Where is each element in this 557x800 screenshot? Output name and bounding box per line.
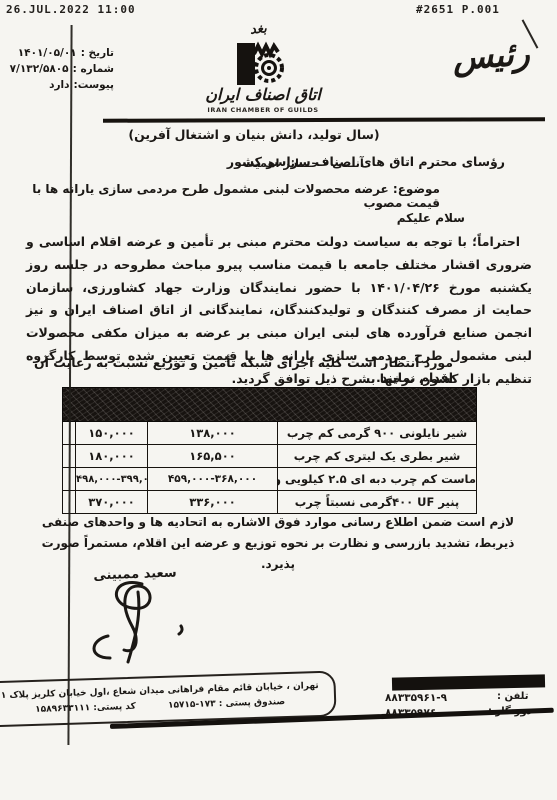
chamber-of-guilds-logo <box>236 40 290 88</box>
handwritten-routing-note: رئیس <box>447 33 536 78</box>
closing-paragraph: لازم است ضمن اطلاع رسانی موارد فوق الاشا… <box>24 512 532 575</box>
redacted-bar <box>392 674 545 690</box>
price-cell-a: ۴۵۹,۰۰۰-۳۶۸,۰۰۰ <box>148 468 278 491</box>
price-cell-b: ۳۷۰,۰۰۰ <box>76 491 148 514</box>
date-value: ۱۴۰۱/۰۵/۰۱ <box>18 47 77 59</box>
attachment-label: پیوست: <box>74 79 114 91</box>
table-row: شیر نایلونی ۹۰۰ گرمی کم چرب ۱۳۸,۰۰۰ ۱۵۰,… <box>63 422 477 445</box>
phone-label: تلفن : <box>497 691 529 702</box>
letterhead-divider <box>103 117 545 122</box>
price-cell-b: ۴۹۸,۰۰۰-۳۹۹,۰۰۰ <box>76 468 148 491</box>
number-value: ۷/۱۳۲/۵۸۰۵ <box>10 63 69 75</box>
date-field: تاریخ : ۱۴۰۱/۰۵/۰۱ <box>10 47 114 59</box>
price-cell-a: ۳۳۶,۰۰۰ <box>148 491 278 514</box>
year-slogan: (سال تولید، دانش بنیان و اشتغال آفرین) <box>108 127 400 142</box>
postal-code-value: ۱۵۸۹۶۳۳۱۱۱ <box>35 703 90 715</box>
price-table: شیر نایلونی ۹۰۰ گرمی کم چرب ۱۳۸,۰۰۰ ۱۵۰,… <box>62 387 477 514</box>
letterhead-fields: تاریخ : ۱۴۰۱/۰۵/۰۱ شماره : ۷/۱۳۲/۵۸۰۵ پی… <box>10 47 114 91</box>
table-row: پنیر UF‏ ۴۰۰گرمی نسبتاً چرب ۳۳۶,۰۰۰ ۳۷۰,… <box>63 491 477 514</box>
phone-value: ۸۸۳۳۵۹۶۱-۹ <box>385 692 447 704</box>
table-row: شیر بطری یک لیتری کم چرب ۱۶۵,۵۰۰ ۱۸۰,۰۰۰ <box>63 445 477 468</box>
po-box-value: ۱۵۷۱۵-۱۷۳ <box>168 699 216 710</box>
gear-banner-icon <box>236 40 290 88</box>
product-name: پنیر UF‏ ۴۰۰گرمی نسبتاً چرب <box>278 491 477 514</box>
attachment-field: پیوست: دارد <box>10 79 114 91</box>
price-cell-a: ۱۳۸,۰۰۰ <box>148 422 278 445</box>
priority-note: آنـــی - حـــائز اهمیت <box>243 156 364 170</box>
handwritten-top-note: بغد <box>249 21 267 37</box>
product-name: شیر بطری یک لیتری کم چرب <box>278 445 477 468</box>
fax-page-number: #2651 P.001 <box>416 3 500 16</box>
price-cell-b: ۱۵۰,۰۰۰ <box>76 422 148 445</box>
date-label: تاریخ : <box>81 47 114 59</box>
price-cell-b: ۱۸۰,۰۰۰ <box>76 445 148 468</box>
expectation-line: مورد انتظار است کلیه اجزای شبکه تأمین و … <box>0 355 453 385</box>
org-name-farsi: اتاق اصناف ایران <box>203 85 323 104</box>
product-name: ماست کم چرب دبه ای ۲.۵ کیلویی و ۲ کیلویی <box>278 468 477 491</box>
scanned-letter-page: 26.JUL.2022 11:00 #2651 P.001 رئیس بغد ا… <box>0 0 557 800</box>
postal-code-label: کد پستی: <box>93 701 136 712</box>
signature-icon <box>78 574 208 674</box>
po-box-label: صندوق پستی : <box>219 697 286 709</box>
table-header-row <box>63 388 477 422</box>
fax-timestamp: 26.JUL.2022 11:00 <box>6 3 136 16</box>
org-name-english: IRAN CHAMBER OF GUILDS <box>203 106 323 114</box>
attachment-value: دارد <box>49 79 69 91</box>
product-name: شیر نایلونی ۹۰۰ گرمی کم چرب <box>278 422 477 445</box>
number-field: شماره : ۷/۱۳۲/۵۸۰۵ <box>10 63 114 75</box>
price-cell-a: ۱۶۵,۵۰۰ <box>148 445 278 468</box>
subject-line: موضوع: عرضه محصولات لبنی مشمول طرح مردمی… <box>0 182 440 210</box>
redacted-table-header <box>63 388 477 422</box>
signature-scribble <box>78 574 208 674</box>
table-row: ماست کم چرب دبه ای ۲.۵ کیلویی و ۲ کیلویی… <box>63 468 477 491</box>
salutation: سلام علیکم <box>397 211 465 225</box>
number-label: شماره : <box>73 63 114 75</box>
